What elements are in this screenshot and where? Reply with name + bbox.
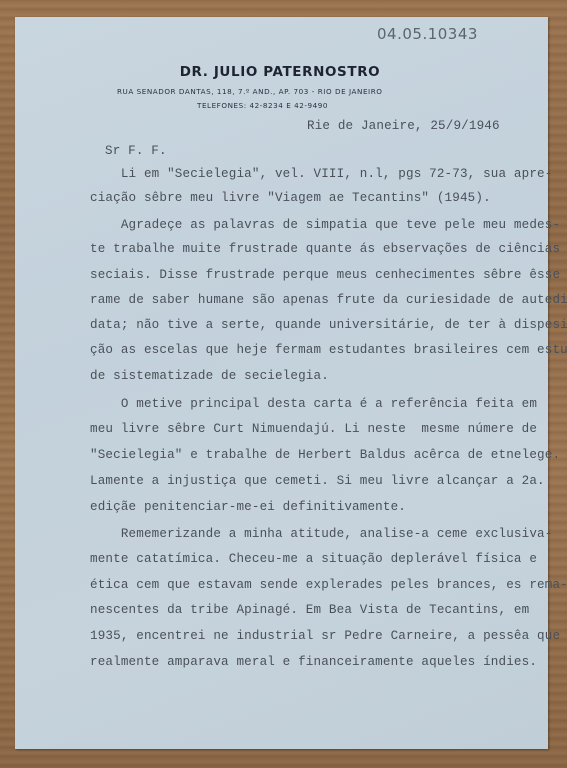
body-line: Lamente a injustiça que cemeti. Si meu l… — [90, 474, 545, 488]
body-line: O metive principal desta carta é a refer… — [90, 397, 537, 411]
body-line: data; não tive a serte, quande universit… — [90, 318, 567, 332]
body-line: realmente amparava meral e financeiramen… — [90, 655, 537, 669]
body-line: rame de saber humane são apenas frute da… — [90, 293, 567, 307]
body-line: 1935, encentrei ne industrial sr Pedre C… — [90, 629, 560, 643]
body-line: meu livre sêbre Curt Nimuendajú. Li nest… — [90, 422, 537, 436]
letterhead-address: RUA SENADOR DANTAS, 118, 7.º AND., AP. 7… — [117, 87, 467, 96]
body-line: ção as escelas que heje fermam estudante… — [90, 343, 567, 357]
body-line: Agradeçe as palavras de simpatia que tev… — [90, 218, 560, 232]
letterhead-name: DR. JULIO PATERNOSTRO — [170, 64, 390, 80]
body-line: te trabalhe muite frustrade quante ás eb… — [90, 242, 560, 256]
body-line: ciação sêbre meu livre "Viagem ae Tecant… — [90, 191, 491, 205]
body-line: Li em "Secielegia", vel. VIII, n.l, pgs … — [90, 167, 552, 181]
letter-date: Rie de Janeire, 25/9/1946 — [307, 119, 500, 133]
body-line: mente catatímica. Checeu-me a situação d… — [90, 552, 537, 566]
letter-salutation: Sr F. F. — [105, 144, 167, 158]
archive-number: 04.05.10343 — [377, 25, 478, 43]
letterhead-phones: TELEFONES: 42-8234 E 42-9490 — [197, 101, 397, 110]
body-line: Rememerizande a minha atitude, analise-a… — [90, 527, 552, 541]
body-line: ediçãe penitenciar-me-ei definitivamente… — [90, 500, 406, 514]
body-line: seciais. Disse frustrade perque meus cen… — [90, 268, 560, 282]
body-line: ética cem que estavam sende explerades p… — [90, 578, 567, 592]
body-line: nescentes da tribe Apinagé. Em Bea Vista… — [90, 603, 529, 617]
body-line: "Secielegia" e trabalhe de Herbert Baldu… — [90, 448, 560, 462]
body-line: de sistematizade de secielegia. — [90, 369, 329, 383]
